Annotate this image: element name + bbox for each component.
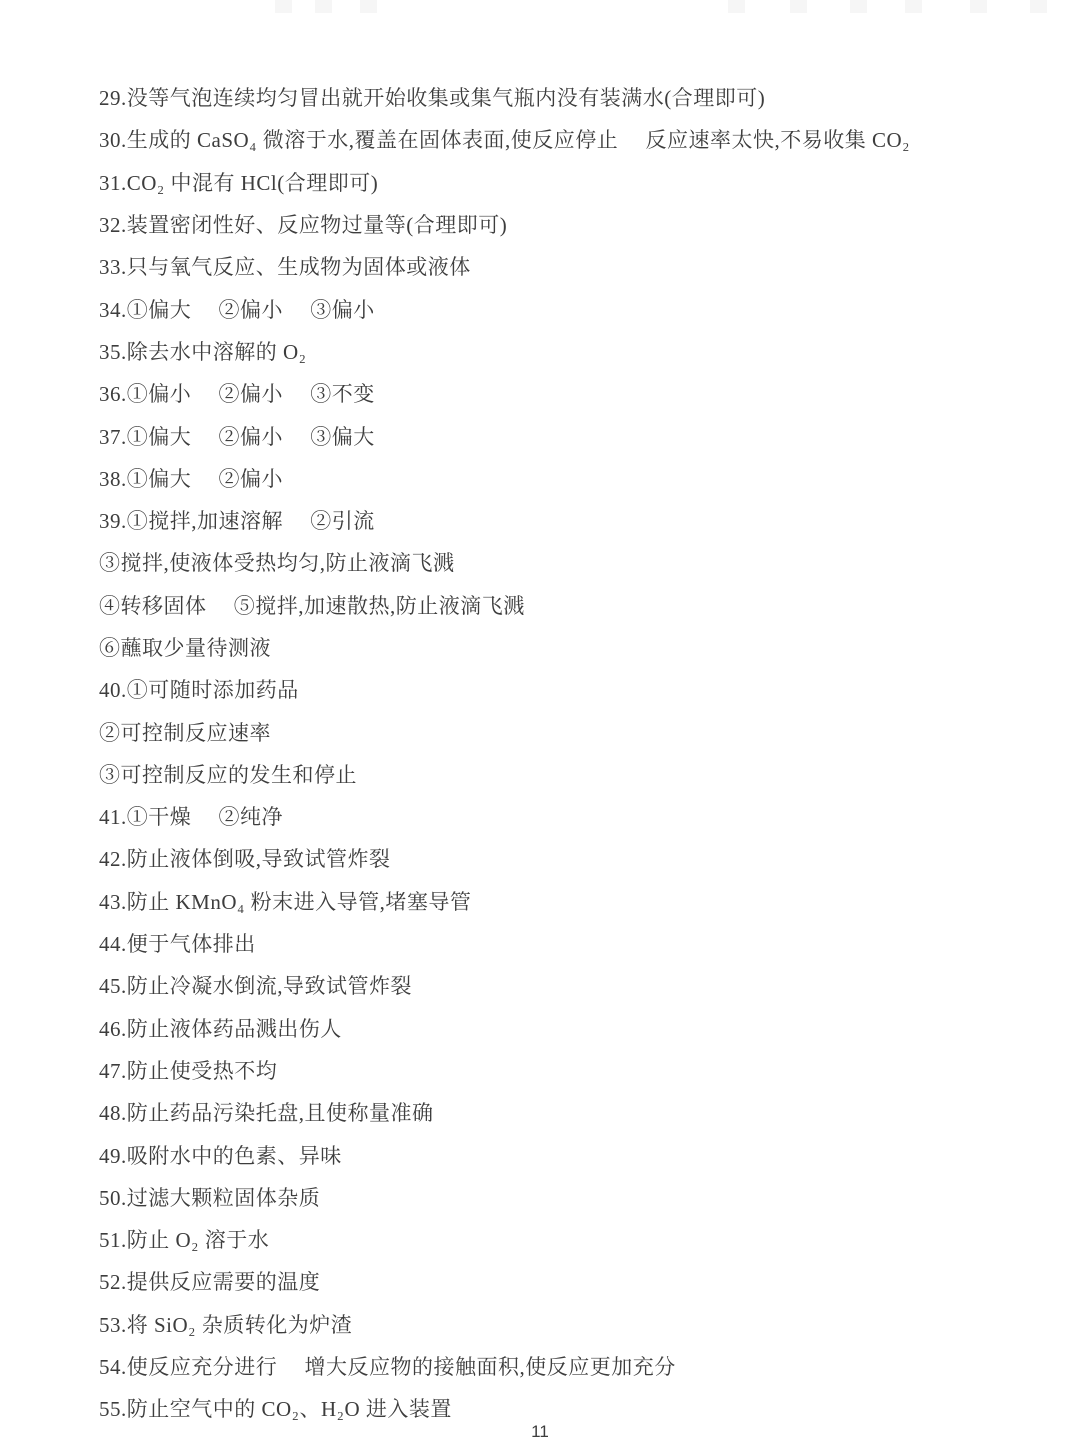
answer-line: 39.①搅拌,加速溶解 ②引流 [99,499,1040,541]
answer-line: 36.①偏小 ②偏小 ③不变 [99,372,1040,414]
answer-line: 49.吸附水中的色素、异味 [99,1133,1040,1175]
scan-artifact [850,0,867,13]
answer-line: 50.过滤大颗粒固体杂质 [99,1176,1040,1218]
document-page: 29.没等气泡连续均匀冒出就开始收集或集气瓶内没有装满水(合理即可)30.生成的… [0,0,1080,1452]
answer-line: 52.提供反应需要的温度 [99,1260,1040,1302]
answer-line: ②可控制反应速率 [99,710,1040,752]
answer-line: ⑥蘸取少量待测液 [99,626,1040,668]
answer-line: 37.①偏大 ②偏小 ③偏大 [99,414,1040,456]
scan-artifact [728,0,745,13]
answer-line: 46.防止液体药品溅出伤人 [99,1007,1040,1049]
answer-line: 31.CO₂ 中混有 HCl(合理即可) [99,161,1040,203]
answer-line: 41.①干燥 ②纯净 [99,795,1040,837]
answer-line: 40.①可随时添加药品 [99,668,1040,710]
answer-line: 53.将 SiO₂ 杂质转化为炉渣 [99,1303,1040,1345]
answer-line: 30.生成的 CaSO₄ 微溶于水,覆盖在固体表面,使反应停止 反应速率太快,不… [99,118,1040,160]
answer-line: 43.防止 KMnO₄ 粉末进入导管,堵塞导管 [99,880,1040,922]
answer-line: 38.①偏大 ②偏小 [99,457,1040,499]
scan-artifact [275,0,292,13]
answer-line: 29.没等气泡连续均匀冒出就开始收集或集气瓶内没有装满水(合理即可) [99,76,1040,118]
scan-artifact [970,0,987,13]
answer-line: 35.除去水中溶解的 O₂ [99,330,1040,372]
answer-line: ③可控制反应的发生和停止 [99,753,1040,795]
answer-line: 51.防止 O₂ 溶于水 [99,1218,1040,1260]
answer-line: 32.装置密闭性好、反应物过量等(合理即可) [99,203,1040,245]
scan-artifact [905,0,922,13]
scan-artifact [360,0,377,13]
answer-line: 45.防止冷凝水倒流,导致试管炸裂 [99,964,1040,1006]
answer-line: 44.便于气体排出 [99,922,1040,964]
answer-list: 29.没等气泡连续均匀冒出就开始收集或集气瓶内没有装满水(合理即可)30.生成的… [99,76,1040,1430]
answer-line: 42.防止液体倒吸,导致试管炸裂 [99,837,1040,879]
scan-artifact [1030,0,1047,13]
answer-line: 54.使反应充分进行 增大反应物的接触面积,使反应更加充分 [99,1345,1040,1387]
page-number: 11 [0,1422,1080,1442]
scan-artifact [790,0,807,13]
answer-line: 47.防止使受热不均 [99,1049,1040,1091]
answer-line: 48.防止药品污染托盘,且使称量准确 [99,1091,1040,1133]
answer-line: 33.只与氧气反应、生成物为固体或液体 [99,245,1040,287]
scan-artifact [315,0,332,13]
answer-line: ④转移固体 ⑤搅拌,加速散热,防止液滴飞溅 [99,584,1040,626]
answer-line: 34.①偏大 ②偏小 ③偏小 [99,287,1040,329]
answer-line: ③搅拌,使液体受热均匀,防止液滴飞溅 [99,541,1040,583]
